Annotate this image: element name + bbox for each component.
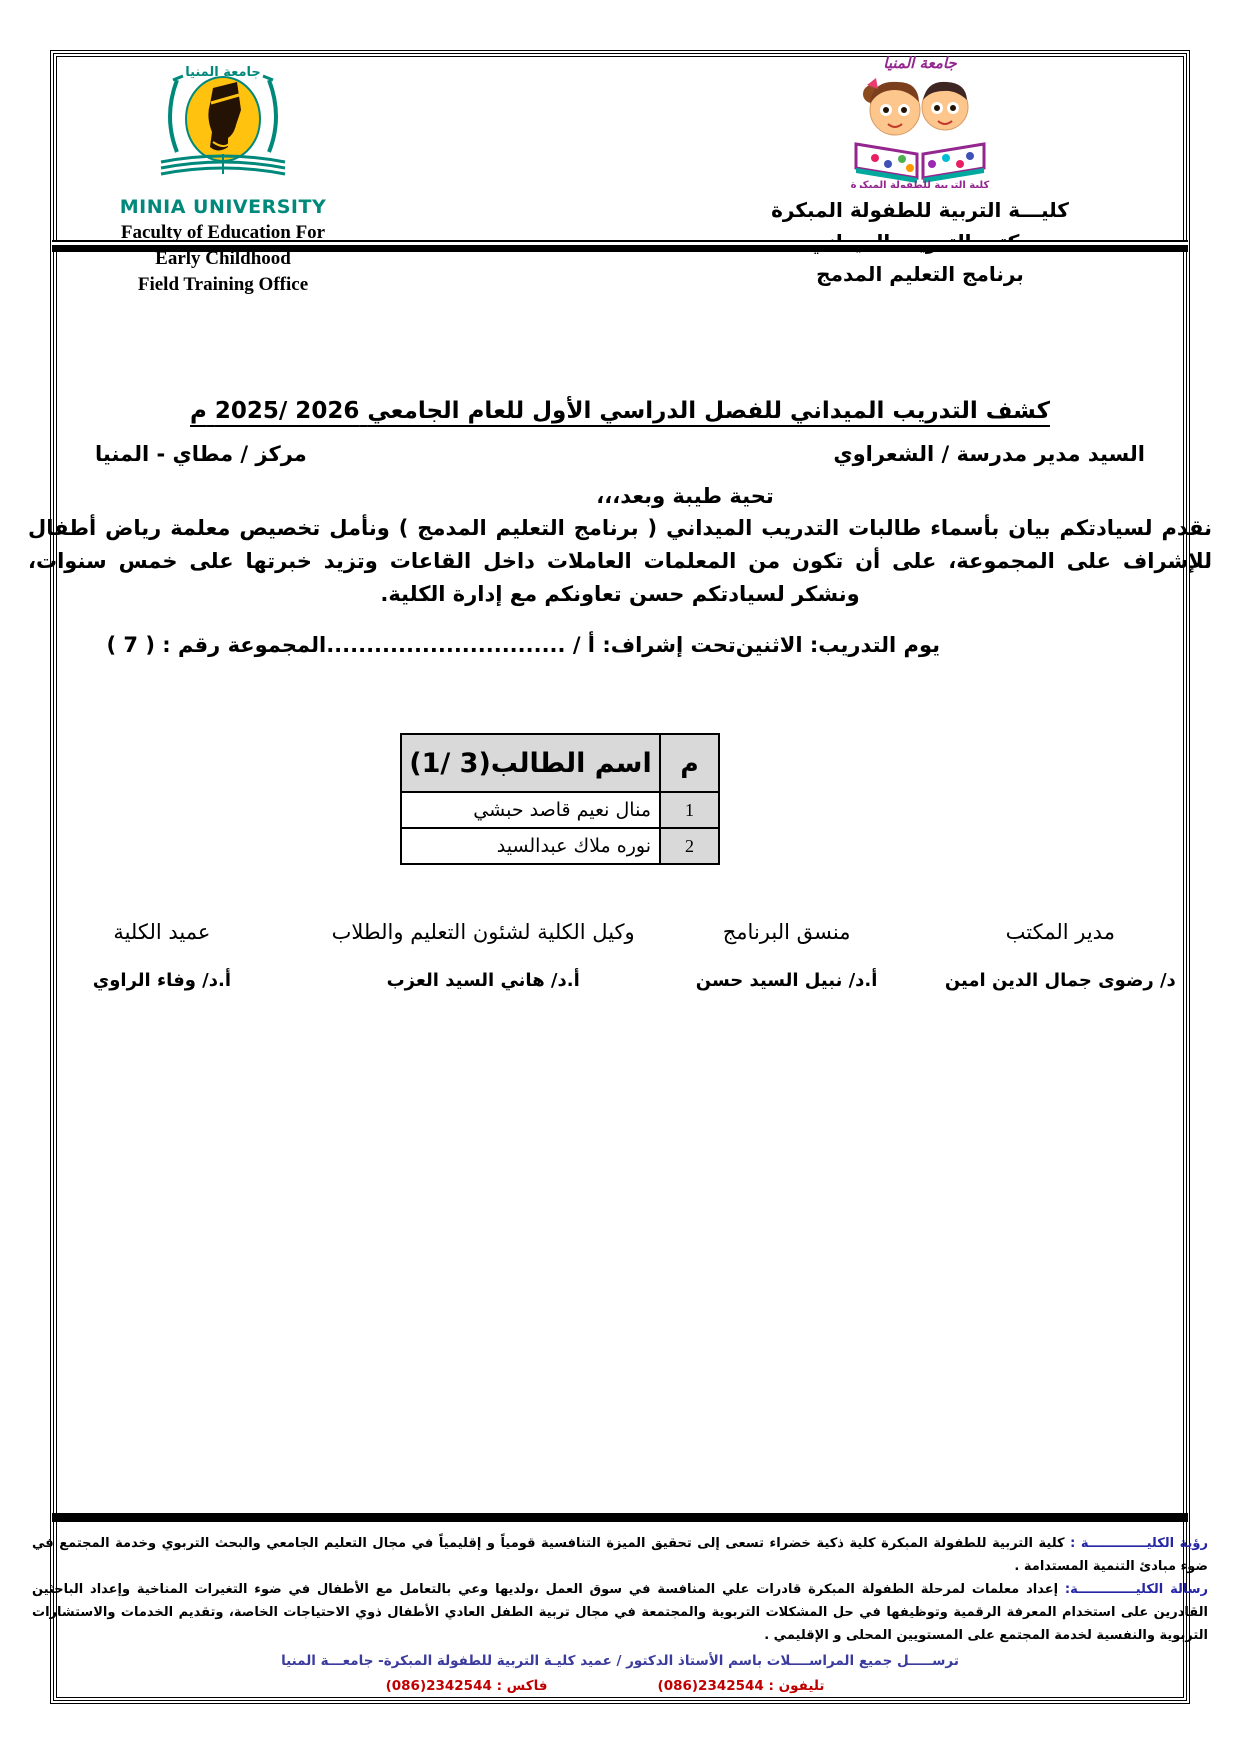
document-page: جامعة المنيا MINIA UNIVERSITY Faculty of… [0, 0, 1240, 1754]
row-number: 2 [660, 828, 719, 864]
signature-office-manager: مدير المكتب د/ رضوى جمال الدين امين [906, 920, 1215, 991]
training-day: يوم التدريب: الاثنين [736, 633, 940, 657]
faculty-en-line3: Field Training Office [88, 272, 358, 298]
greeting-line: تحية طيبة وبعد،،، [0, 484, 1240, 508]
header-right-block: جامعة المنيا كلية التربية للطفولة المبكر… [705, 52, 1135, 290]
table-header-row: م اسم الطالب(1/ 3) [401, 734, 719, 792]
vision-text: كلية التربية للطفولة المبكرة كلية ذكية خ… [32, 1536, 1208, 1574]
column-header-number: م [660, 734, 719, 792]
phone-number: (086)2342544 [658, 1678, 764, 1694]
row-number: 1 [660, 792, 719, 828]
mission-label: رسالة الكليـــــــــــــة: [1058, 1582, 1208, 1597]
fax-entry: فاكس : (086)2342544 [386, 1675, 548, 1698]
vision-label: رؤية الكليـــــــــــــة : [1065, 1536, 1208, 1551]
signature-program-coordinator: منسق البرنامج أ.د/ نبيل السيد حسن [668, 920, 906, 991]
title-academic-year: 2025/ 2026 [215, 398, 359, 424]
students-table: م اسم الطالب(1/ 3) 1 منال نعيم قاصد حبشي… [400, 733, 720, 865]
phone-entry: تليفون : (086)2342544 [658, 1675, 825, 1698]
title-suffix: م [190, 398, 207, 424]
header-left-block: جامعة المنيا MINIA UNIVERSITY Faculty of… [88, 62, 358, 298]
signatures-block: مدير المكتب د/ رضوى جمال الدين امين منسق… [0, 920, 1240, 991]
fax-number: (086)2342544 [386, 1678, 492, 1694]
supervisor-blank: تحت إشراف: أ / .........................… [326, 633, 736, 657]
page-border-frame [50, 50, 1190, 1704]
table-row: 1 منال نعيم قاصد حبشي [401, 792, 719, 828]
title-text: كشف التدريب الميداني للفصل الدراسي الأول… [367, 398, 1050, 424]
footer-separator-bar [52, 1513, 1188, 1522]
header-divider-rule [52, 240, 1188, 252]
table-row: 2 نوره ملاك عبدالسيد [401, 828, 719, 864]
contact-numbers: تليفون : (086)2342544 فاكس : (086)234254… [17, 1675, 1193, 1698]
minia-university-logo: جامعة المنيا [143, 62, 303, 190]
training-details-line: يوم التدريب: الاثنين تحت إشراف: أ / ....… [0, 633, 1240, 657]
college-vision: رؤية الكليـــــــــــــة : كلية التربية … [32, 1532, 1208, 1578]
group-fraction: (1/ 3) [409, 748, 491, 779]
addressee-district: مركز / مطاي - المنيا [95, 442, 307, 466]
column-header-student-name: اسم الطالب(1/ 3) [401, 734, 660, 792]
mission-text: إعداد معلمات لمرحلة الطفولة المبكرة قادر… [32, 1582, 1208, 1643]
student-name: نوره ملاك عبدالسيد [401, 828, 660, 864]
page-footer: رؤية الكليـــــــــــــة : كلية التربية … [0, 1532, 1240, 1698]
document-title: كشف التدريب الميداني للفصل الدراسي الأول… [0, 398, 1240, 424]
addressee-line: السيد مدير مدرسة / الشعراوي مركز / مطاي … [0, 442, 1240, 466]
correspondence-note: ترســـــل جميع المراســــلات باسم الأستا… [32, 1650, 1208, 1673]
faculty-ar-line3: برنامج التعليم المدمج [705, 258, 1135, 290]
signature-dean: عميد الكلية أ.د/ وفاء الراوي [25, 920, 299, 991]
addressee-school: السيد مدير مدرسة / الشعراوي [833, 442, 1145, 466]
signature-vice-dean: وكيل الكلية لشئون التعليم والطلاب أ.د/ ه… [299, 920, 668, 991]
student-name: منال نعيم قاصد حبشي [401, 792, 660, 828]
university-name-en: MINIA UNIVERSITY [88, 196, 358, 218]
letter-body: نقدم لسيادتكم بيان بأسماء طالبات التدريب… [0, 512, 1240, 611]
faculty-ar-line1: كليـــة التربية للطفولة المبكرة [705, 194, 1135, 226]
college-mission: رسالة الكليـــــــــــــة: إعداد معلمات … [32, 1578, 1208, 1647]
faculty-logo-top-text: جامعة المنيا [883, 54, 957, 72]
group-number: المجموعة رقم : ( 7 ) [106, 633, 326, 657]
faculty-children-logo: جامعة المنيا كلية التربية للطفولة المبكر… [820, 52, 1020, 188]
faculty-logo-caption: كلية التربية للطفولة المبكرة [851, 180, 990, 188]
